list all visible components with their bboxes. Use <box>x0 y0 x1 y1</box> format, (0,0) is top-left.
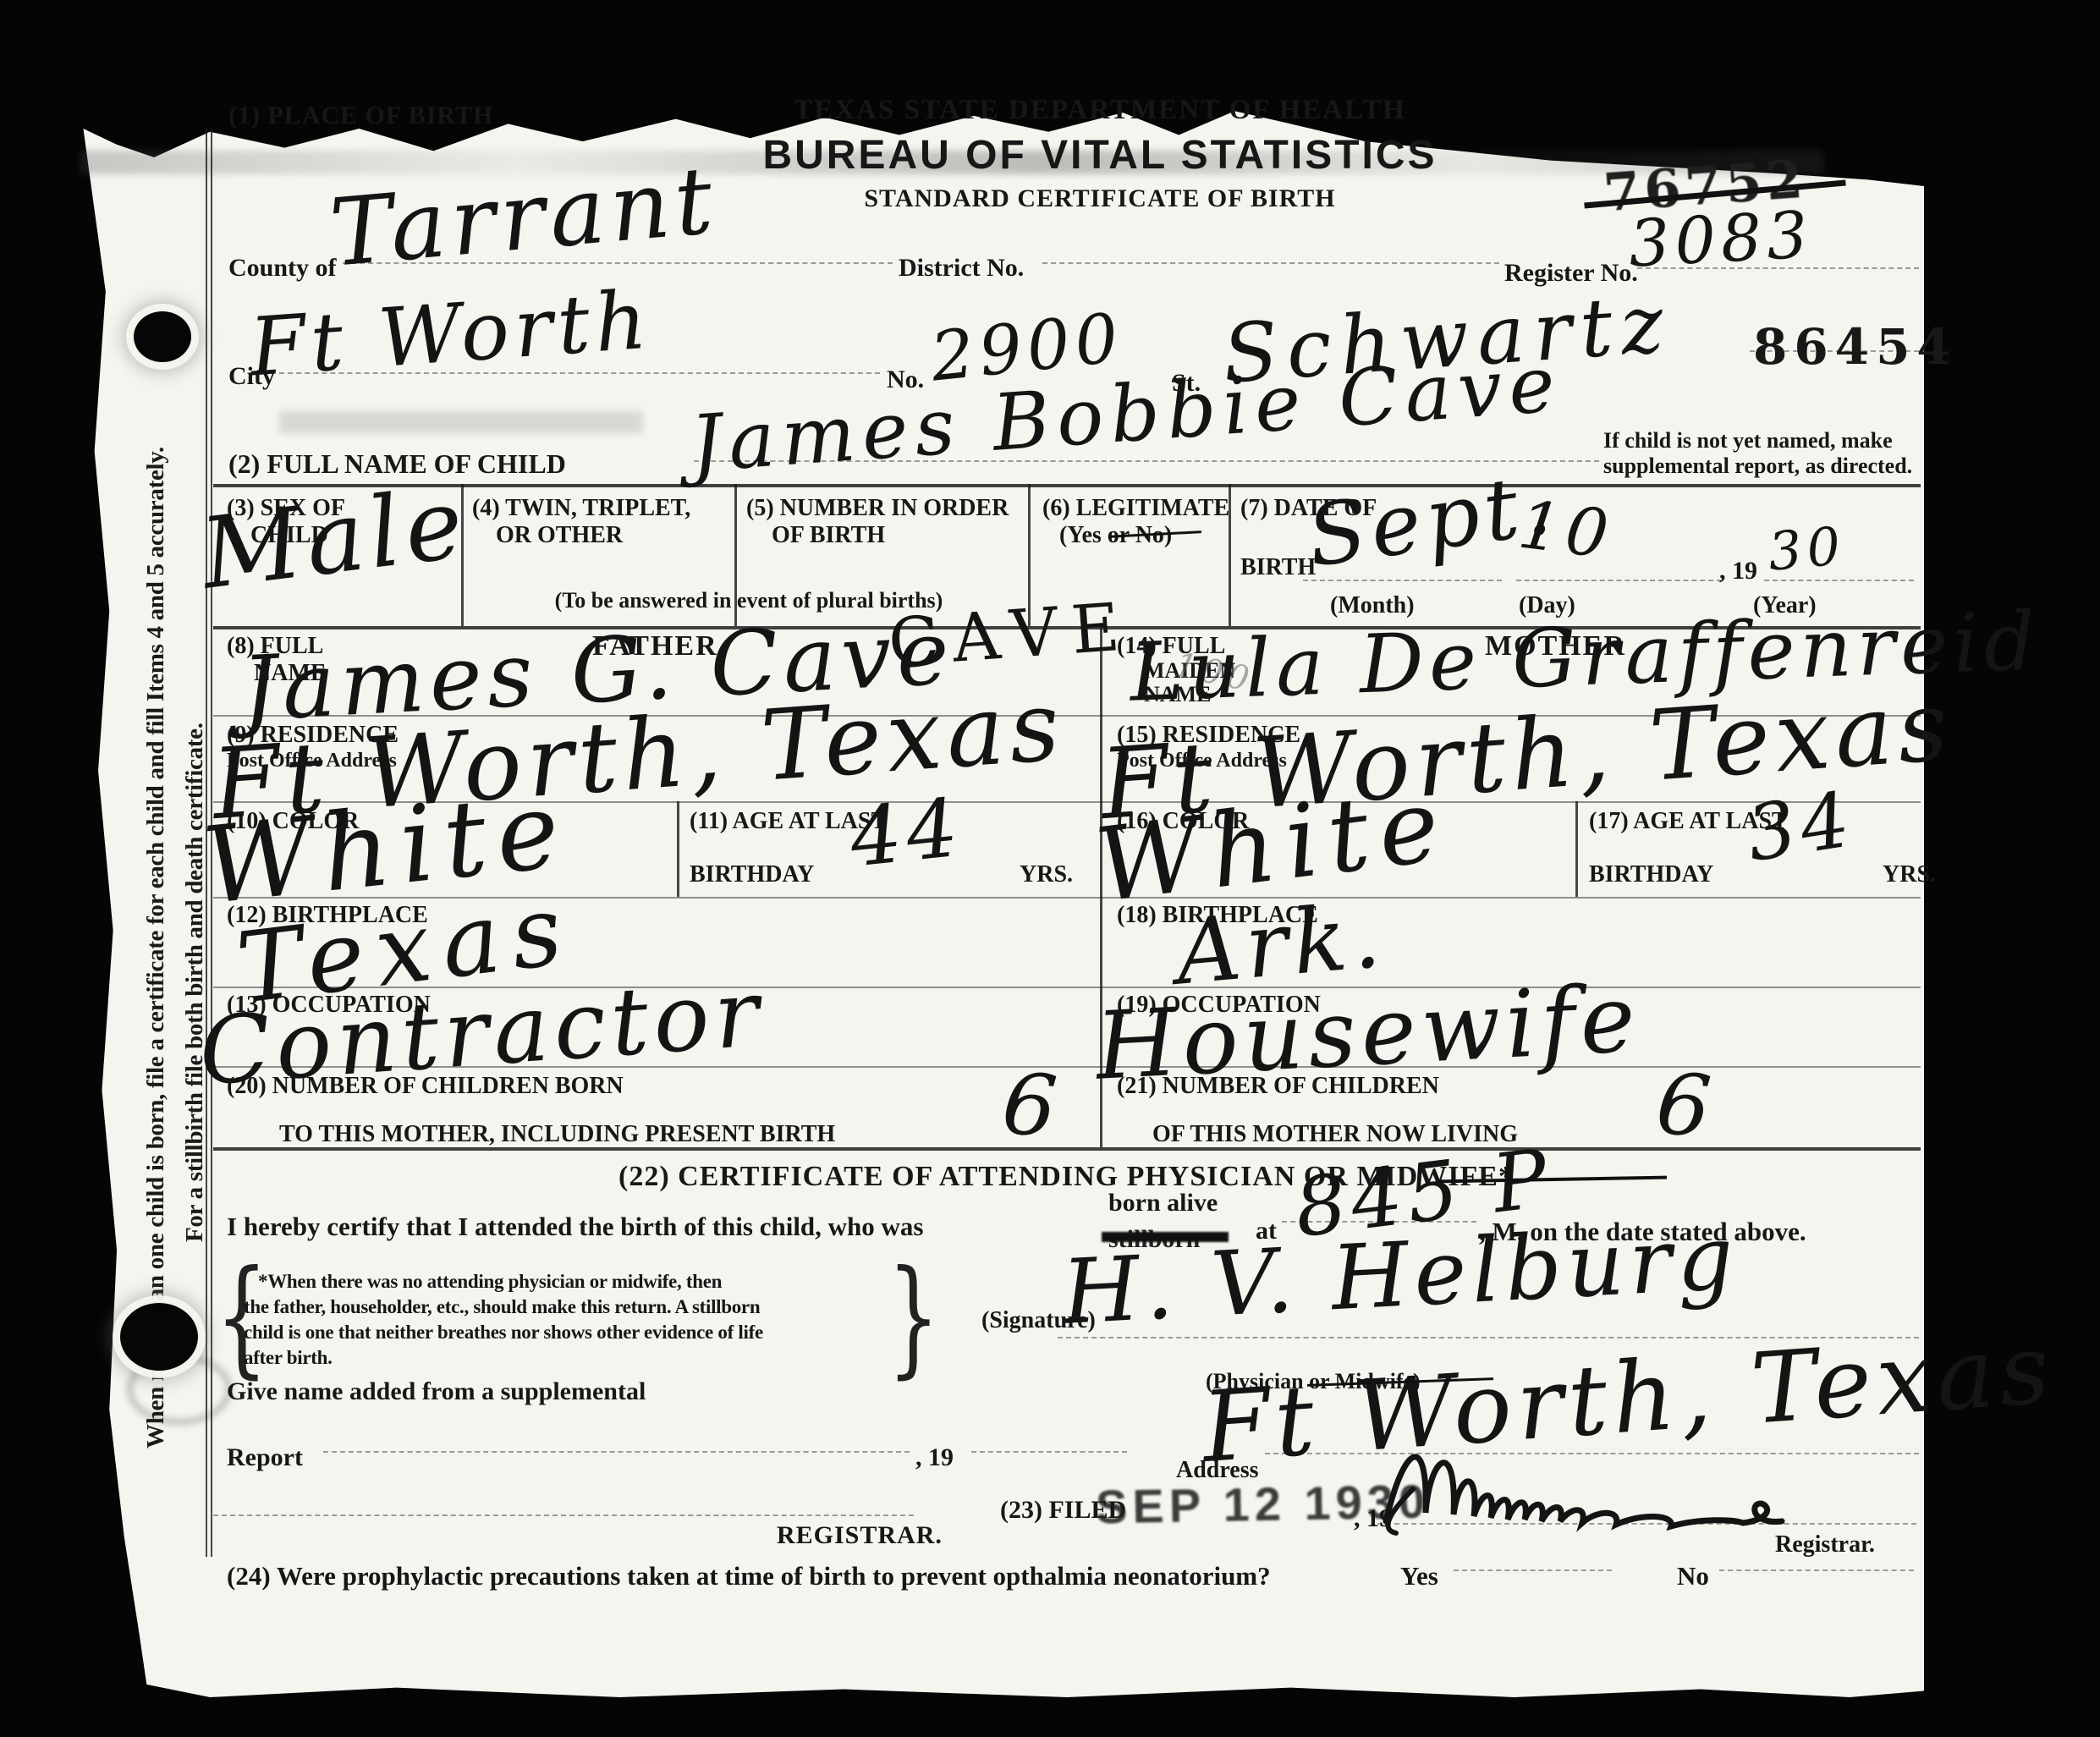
mother-age-label-2: BIRTHDAY <box>1589 861 1713 888</box>
place-of-birth-label: (1) PLACE OF BIRTH <box>228 102 493 130</box>
father-age-value: 44 <box>846 781 968 885</box>
punch-hole-top <box>134 311 191 362</box>
twin-label-2: OR OTHER <box>496 522 623 549</box>
registrar-caps-label: REGISTRAR. <box>777 1521 943 1550</box>
register-number-handwritten: 3083 <box>1627 196 1815 281</box>
district-label: District No. <box>899 254 1024 283</box>
footnote-line-3: child is one that neither breathes nor s… <box>244 1322 763 1344</box>
month-caption: (Month) <box>1330 592 1415 619</box>
no-line <box>1719 1569 1914 1571</box>
children-born-label-2: TO THIS MOTHER, INCLUDING PRESENT BIRTH <box>279 1121 835 1148</box>
report-year-line <box>971 1451 1127 1453</box>
birth-day-value: 10 <box>1515 487 1617 574</box>
no-label: No <box>1677 1561 1709 1591</box>
children-living-value: 6 <box>1652 1053 1720 1157</box>
footnote-line-2: the father, householder, etc., should ma… <box>244 1296 760 1318</box>
yes-line <box>1454 1569 1612 1571</box>
standard-certificate-title: STANDARD CERTIFICATE OF BIRTH <box>745 184 1455 213</box>
age-divider-mother <box>1575 801 1578 897</box>
department-title: TEXAS STATE DEPARTMENT OF HEALTH <box>745 95 1455 126</box>
born-alive-option: born alive <box>1108 1189 1218 1218</box>
scanned-birth-certificate: When more than one child is born, file a… <box>0 0 2100 1737</box>
note-brace-right: } <box>888 1244 940 1391</box>
footnote-line-4: after birth. <box>244 1347 333 1369</box>
registrar-signature <box>1379 1421 1870 1540</box>
twin-label-1: (4) TWIN, TRIPLET, <box>472 495 690 522</box>
registrar-left-line <box>213 1514 914 1516</box>
certificate-stamp-number: 86454 <box>1753 318 1958 376</box>
age-divider-father <box>677 801 679 897</box>
report-line <box>323 1451 910 1453</box>
year-19-printed: , 19 <box>1719 557 1757 585</box>
report-label: Report <box>227 1443 303 1472</box>
birth-year-value: 30 <box>1766 514 1848 583</box>
yes-label: Yes <box>1400 1561 1438 1591</box>
order-label-2: OF BIRTH <box>772 522 885 549</box>
district-line <box>1042 262 1499 264</box>
bureau-title: BUREAU OF VITAL STATISTICS <box>728 132 1472 179</box>
certify-statement: I hereby certify that I attended the bir… <box>227 1212 924 1242</box>
report-19-text: , 19 <box>915 1443 954 1472</box>
punch-hole-bottom <box>120 1303 198 1371</box>
county-label: County of <box>228 254 337 283</box>
mother-age-value: 34 <box>1741 775 1861 880</box>
stillborn-scribble <box>1102 1232 1229 1242</box>
prophylactic-question: (24) Were prophylactic precautions taken… <box>227 1561 1271 1591</box>
father-age-label-2: BIRTHDAY <box>690 861 814 888</box>
give-name-supplemental-text: Give name added from a supplemental <box>227 1377 646 1406</box>
children-born-value: 6 <box>998 1053 1066 1157</box>
not-yet-named-note: If child is not yet named, make suppleme… <box>1603 428 1933 479</box>
margin-note-line1: When more than one child is born, file a… <box>142 447 170 1448</box>
birth-label: BIRTH <box>1240 554 1316 581</box>
legitimate-label-1: (6) LEGITIMATE <box>1042 495 1229 522</box>
father-yrs-label: YRS. <box>1020 861 1073 888</box>
order-label-1: (5) NUMBER IN ORDER <box>746 495 1009 522</box>
mother-yrs-label: YRS. <box>1883 861 1936 888</box>
faint-ink-smudge <box>279 411 643 433</box>
day-line <box>1516 580 1722 581</box>
rule-top-of-boxes <box>213 484 1921 487</box>
footnote-line-1: *When there was no attending physician o… <box>258 1271 722 1293</box>
